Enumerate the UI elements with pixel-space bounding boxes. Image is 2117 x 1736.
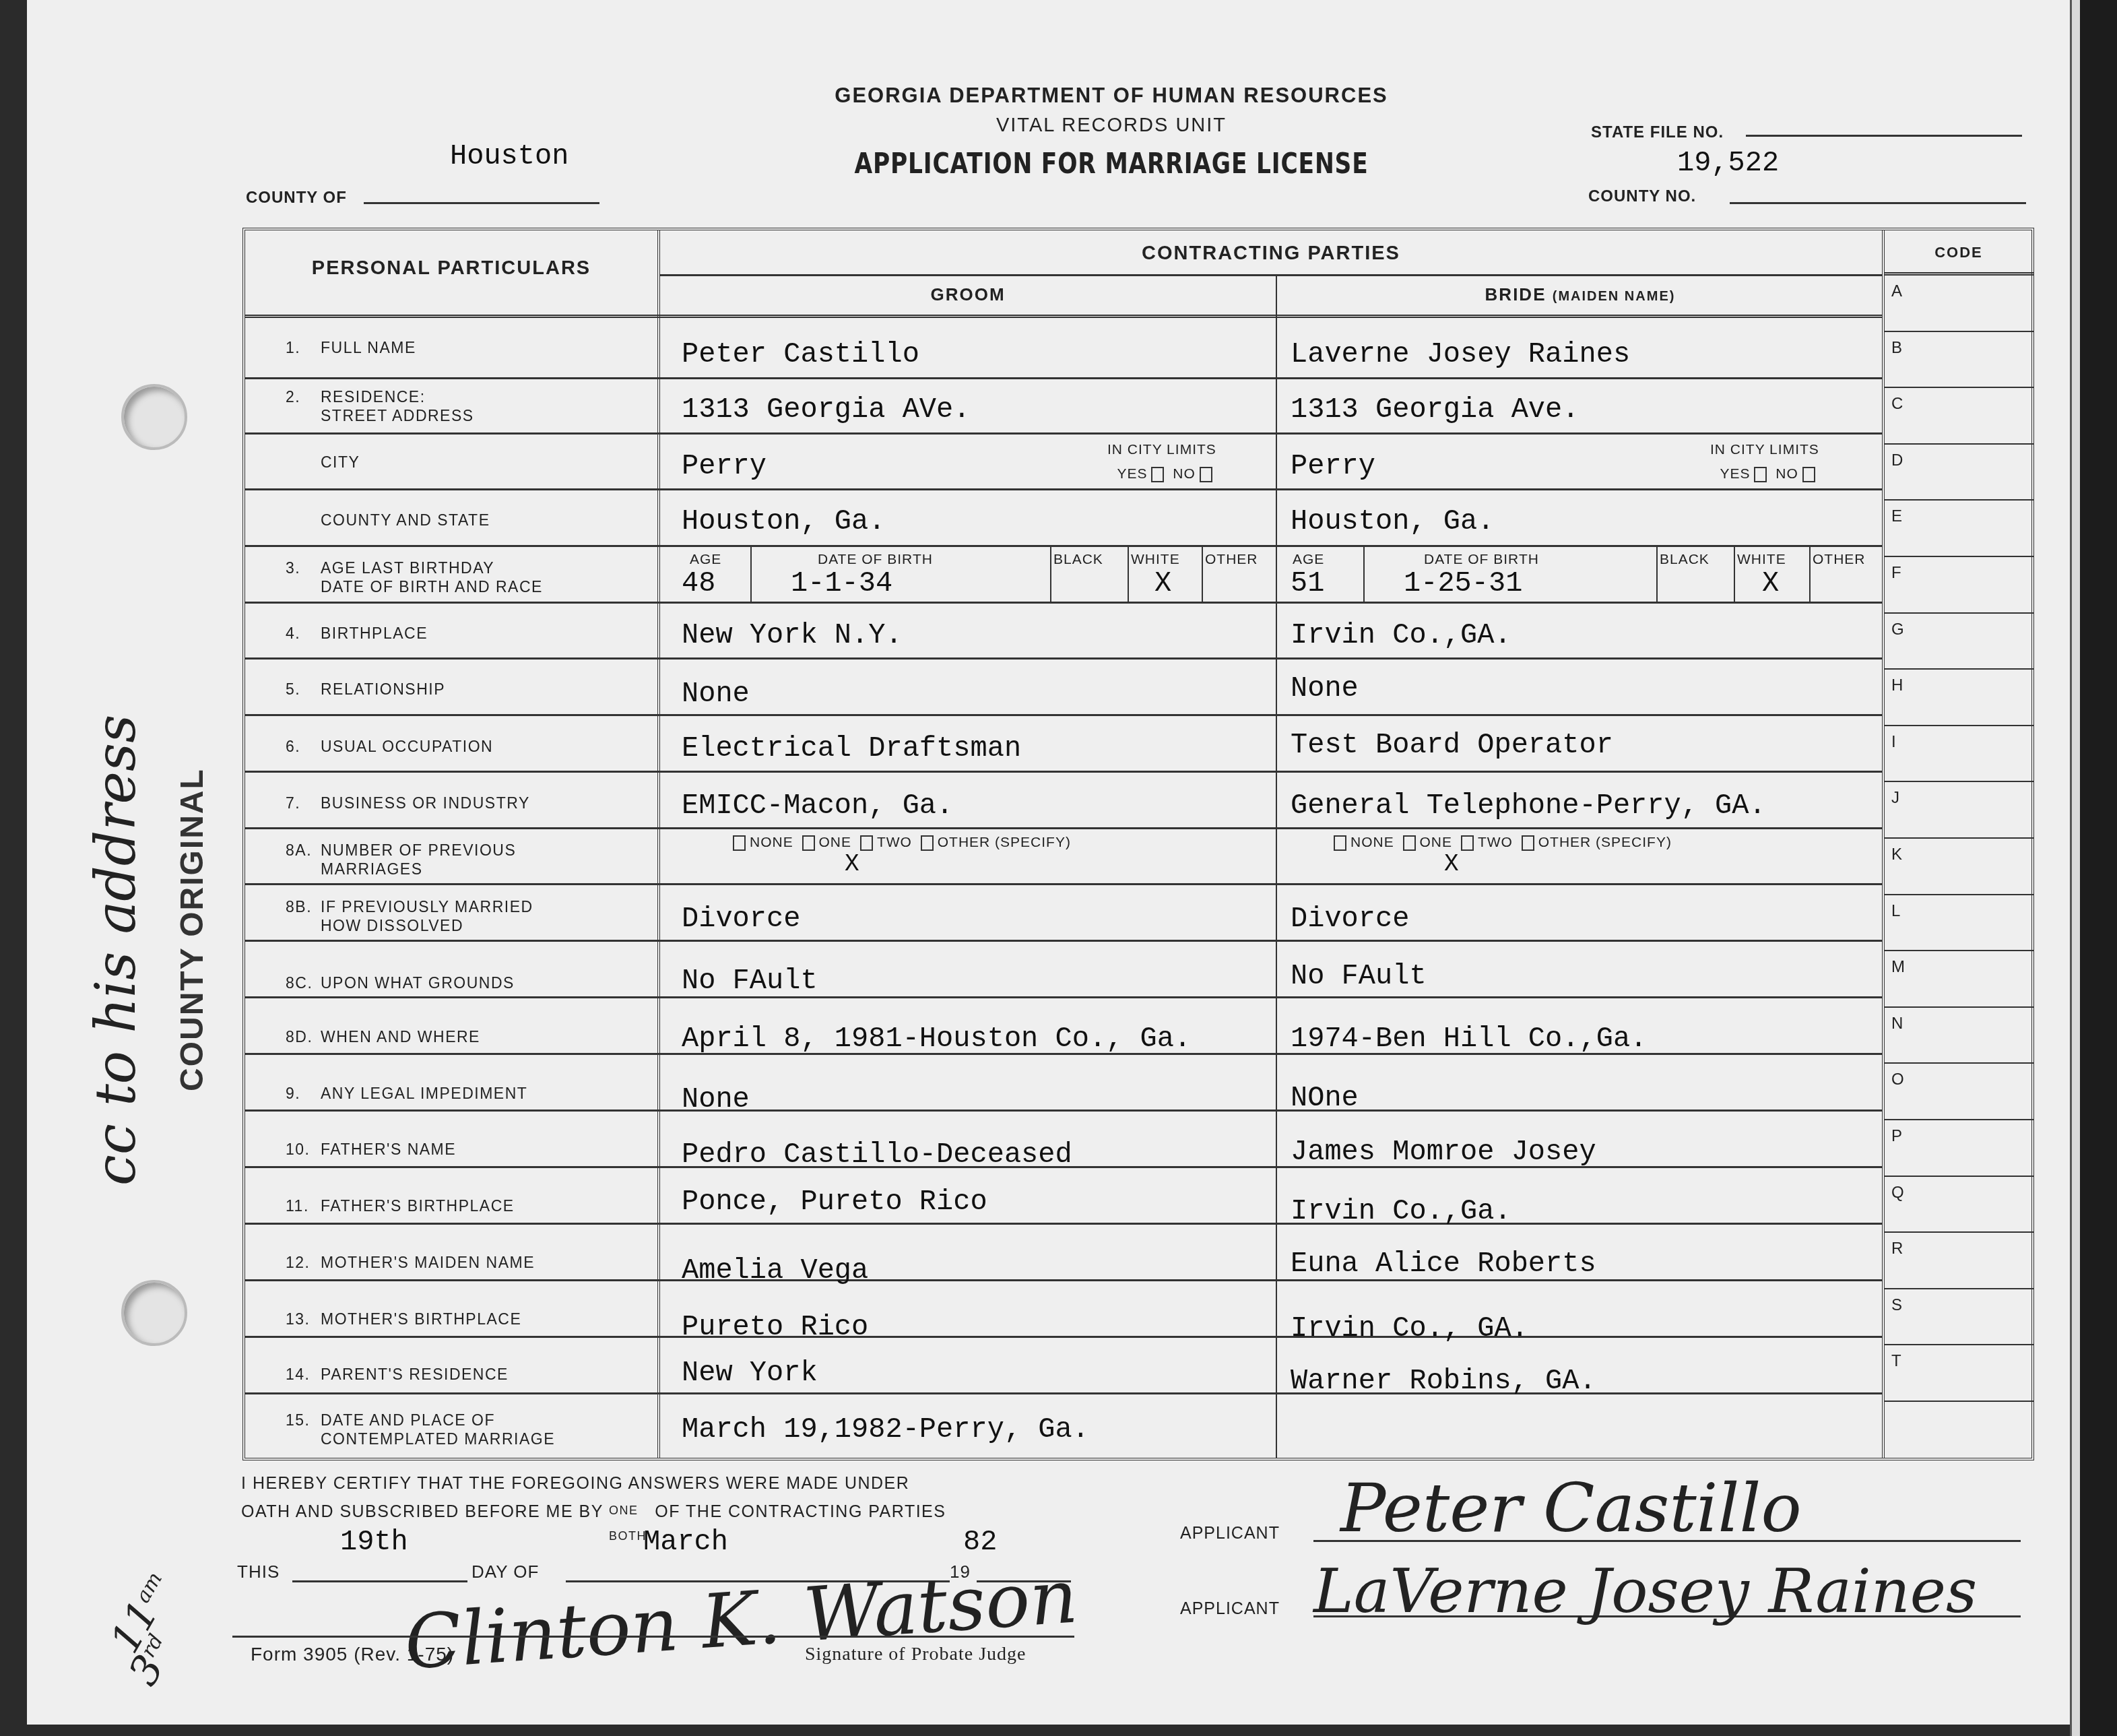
code-row: J: [1885, 782, 2034, 839]
groom-city[interactable]: Perry: [682, 450, 767, 482]
row-line: [245, 1336, 1882, 1338]
label-city: CITY: [286, 453, 360, 472]
code-letter: I: [1891, 733, 1896, 752]
bride-how-dissolved[interactable]: Divorce: [1291, 903, 1409, 935]
label-occupation: 6.USUAL OCCUPATION: [286, 737, 493, 756]
bride-white-label: WHITE: [1737, 552, 1786, 568]
bride-county-state[interactable]: Houston, Ga.: [1291, 505, 1494, 538]
form-title: APPLICATION FOR MARRIAGE LICENSE: [780, 147, 1443, 180]
label-mother-birthplace: 13.MOTHER'S BIRTHPLACE: [286, 1310, 521, 1328]
label-relationship: 5.RELATIONSHIP: [286, 680, 445, 699]
divider-labels: [657, 230, 660, 1458]
groom-occupation[interactable]: Electrical Draftsman: [682, 732, 1021, 765]
groom-black-label: BLACK: [1053, 552, 1103, 568]
bride-grounds[interactable]: No FAult: [1291, 960, 1427, 992]
groom-county-state[interactable]: Houston, Ga.: [682, 505, 885, 538]
county-of-value[interactable]: Houston: [450, 140, 568, 172]
groom-full-name[interactable]: Peter Castillo: [682, 338, 919, 371]
code-letter: T: [1891, 1352, 1901, 1371]
code-letter: J: [1891, 789, 1899, 808]
groom-city-no-checkbox[interactable]: [1200, 467, 1212, 482]
page-edge: [2070, 0, 2080, 1736]
county-of-label: COUNTY OF: [246, 189, 347, 207]
label-how-dissolved: 8B.IF PREVIOUSLY MARRIEDHOW DISSOLVED: [286, 897, 533, 935]
code-letter: C: [1891, 395, 1903, 414]
bride-father-birthplace[interactable]: Irvin Co.,Ga.: [1291, 1195, 1511, 1227]
code-letter: N: [1891, 1015, 1903, 1033]
code-letter: D: [1891, 451, 1903, 470]
bride-occupation[interactable]: Test Board Operator: [1291, 729, 1613, 761]
state-file-no-label: STATE FILE NO.: [1591, 123, 1724, 142]
bride-black-divider: [1734, 545, 1735, 602]
code-row: F: [1885, 557, 2034, 614]
label-legal-impediment: 9.ANY LEGAL IMPEDIMENT: [286, 1084, 527, 1103]
label-prev-marriages: 8A.NUMBER OF PREVIOUSMARRIAGES: [286, 841, 516, 878]
bride-when-where[interactable]: 1974-Ben Hill Co.,Ga.: [1291, 1023, 1647, 1055]
county-of-line: [364, 202, 599, 204]
row-line: [245, 1223, 1882, 1225]
groom-other-checkbox[interactable]: [921, 835, 934, 851]
certify-year-value[interactable]: 82: [963, 1526, 997, 1558]
bride-none-checkbox[interactable]: [1334, 835, 1346, 851]
groom-how-dissolved[interactable]: Divorce: [682, 903, 800, 935]
row-line: [245, 996, 1882, 998]
groom-business[interactable]: EMICC-Macon, Ga.: [682, 790, 953, 822]
code-letter: L: [1891, 902, 1900, 921]
bride-full-name[interactable]: Laverne Josey Raines: [1291, 338, 1630, 371]
groom-black-divider: [1128, 545, 1129, 602]
county-no-label: COUNTY NO.: [1588, 187, 1696, 206]
bride-age-label: AGE: [1293, 552, 1324, 568]
groom-white-label: WHITE: [1131, 552, 1180, 568]
label-father-birthplace: 11.FATHER'S BIRTHPLACE: [286, 1196, 515, 1215]
certify-line2: OATH AND SUBSCRIBED BEFORE ME BY ONE BOT…: [241, 1502, 946, 1522]
bride-dob[interactable]: 1-25-31: [1404, 567, 1522, 600]
bride-signature[interactable]: LaVerne Josey Raines: [1313, 1556, 1977, 1627]
groom-when-where[interactable]: April 8, 1981-Houston Co., Ga.: [682, 1023, 1191, 1055]
row-line: [245, 771, 1882, 773]
county-no-line: [1730, 202, 2026, 204]
groom-white-divider: [1202, 545, 1203, 602]
bride-street[interactable]: 1313 Georgia Ave.: [1291, 393, 1579, 426]
groom-father-name[interactable]: Pedro Castillo-Deceased: [682, 1138, 1072, 1171]
row-line: [245, 883, 1882, 885]
groom-street[interactable]: 1313 Georgia AVe.: [682, 393, 970, 426]
groom-dob[interactable]: 1-1-34: [791, 567, 892, 600]
day-line: [292, 1580, 467, 1582]
groom-one-checkbox[interactable]: [802, 835, 815, 851]
groom-mother-maiden-name[interactable]: Amelia Vega: [682, 1254, 868, 1287]
code-row: D: [1885, 445, 2034, 501]
bride-other-checkbox[interactable]: [1522, 835, 1534, 851]
bride-dob-divider: [1656, 545, 1658, 602]
bride-age[interactable]: 51: [1291, 567, 1324, 600]
code-letter: B: [1891, 339, 1902, 358]
certify-month-value[interactable]: March: [643, 1526, 728, 1558]
code-row: I: [1885, 726, 2034, 783]
code-row: Q: [1885, 1177, 2034, 1233]
groom-race-mark[interactable]: X: [1154, 567, 1171, 600]
code-row: K: [1885, 839, 2034, 895]
code-letter: S: [1891, 1296, 1902, 1315]
groom-signature[interactable]: Peter Castillo: [1340, 1469, 1802, 1547]
label-father-name: 10.FATHER'S NAME: [286, 1140, 456, 1159]
row-line: [245, 602, 1882, 604]
bride-city-limits: IN CITY LIMITS YES NO: [1710, 438, 1819, 486]
groom-city-limits: IN CITY LIMITS YES NO: [1107, 438, 1216, 486]
groom-parent-residence[interactable]: New York: [682, 1357, 818, 1389]
bride-parent-residence[interactable]: Warner Robins, GA.: [1291, 1365, 1596, 1397]
code-row: A: [1885, 276, 2034, 332]
code-row: N: [1885, 1008, 2034, 1064]
code-row: L: [1885, 895, 2034, 952]
code-row: E: [1885, 501, 2034, 557]
binder-hole-bottom: [121, 1280, 187, 1346]
bride-other-label: OTHER: [1813, 552, 1866, 568]
code-letter: A: [1891, 282, 1902, 301]
form-number: Form 3905 (Rev. 1-75): [251, 1644, 454, 1665]
form-table: PERSONAL PARTICULARS CONTRACTING PARTIES…: [242, 228, 2034, 1460]
row-line: [245, 940, 1882, 942]
bride-age-divider: [1363, 545, 1365, 602]
bride-father-name[interactable]: James Momroe Josey: [1291, 1136, 1596, 1168]
groom-age-divider: [750, 545, 752, 602]
county-original-stamp: COUNTY ORIGINAL: [174, 768, 211, 1091]
hdr-underline: [660, 274, 1882, 276]
bride-city-yes-checkbox[interactable]: [1754, 467, 1767, 482]
bride-relationship[interactable]: None: [1291, 672, 1359, 705]
col-code: CODE: [1885, 244, 2033, 261]
row-line: [245, 1392, 1882, 1394]
groom-contemplated-marriage[interactable]: March 19,1982-Perry, Ga.: [682, 1413, 1089, 1446]
groom-relationship[interactable]: None: [682, 678, 750, 710]
bride-black-label: BLACK: [1660, 552, 1709, 568]
bride-two-checkbox[interactable]: [1461, 835, 1474, 851]
code-row: S: [1885, 1289, 2034, 1346]
code-row: C: [1885, 388, 2034, 445]
col-personal-particulars: PERSONAL PARTICULARS: [245, 257, 657, 280]
groom-birthplace[interactable]: New York N.Y.: [682, 619, 903, 651]
this-label: THIS: [237, 1562, 280, 1582]
certify-day-value[interactable]: 19th: [340, 1526, 408, 1558]
label-contemplated-marriage: 15.DATE AND PLACE OFCONTEMPLATED MARRIAG…: [286, 1411, 555, 1448]
code-letter: F: [1891, 564, 1901, 583]
day-of-label: DAY OF: [471, 1562, 539, 1582]
groom-age-label: AGE: [690, 552, 721, 568]
applicant-label-1: APPLICANT: [1180, 1524, 1280, 1543]
label-grounds: 8C.UPON WHAT GROUNDS: [286, 973, 515, 992]
groom-two-checkbox[interactable]: [860, 835, 873, 851]
bride-city-no-checkbox[interactable]: [1802, 467, 1815, 482]
bride-one-checkbox[interactable]: [1403, 835, 1416, 851]
label-birthplace: 4.BIRTHPLACE: [286, 624, 428, 643]
col-groom: GROOM: [660, 284, 1276, 305]
code-row: M: [1885, 951, 2034, 1008]
bride-business[interactable]: General Telephone-Perry, GA.: [1291, 790, 1766, 822]
code-row: B: [1885, 332, 2034, 389]
certify-line1: I HEREBY CERTIFY THAT THE FOREGOING ANSW…: [241, 1474, 909, 1493]
groom-city-yes-checkbox[interactable]: [1151, 467, 1164, 482]
bride-mother-maiden-name[interactable]: Euna Alice Roberts: [1291, 1248, 1596, 1280]
handwritten-note: cc to his address: [84, 715, 148, 1186]
code-letter: P: [1891, 1127, 1902, 1146]
row-line: [245, 432, 1882, 435]
bride-race-mark[interactable]: X: [1762, 567, 1779, 600]
header-bottom: [245, 315, 1882, 318]
code-row: H: [1885, 670, 2034, 726]
state-file-no-value[interactable]: 19,522: [1677, 147, 1779, 179]
code-row: R: [1885, 1233, 2034, 1289]
groom-prev-marriage-options: NONE ONE TWO OTHER (SPECIFY): [729, 835, 1071, 851]
row-line: [245, 1110, 1882, 1112]
label-residence: 2.RESIDENCE:STREET ADDRESS: [286, 387, 474, 425]
code-row: T: [1885, 1345, 2034, 1402]
judge-signature-label: Signature of Probate Judge: [805, 1644, 1027, 1665]
label-mother-maiden-name: 12.MOTHER'S MAIDEN NAME: [286, 1253, 535, 1272]
row-line: [245, 488, 1882, 490]
department-name: GEORGIA DEPARTMENT OF HUMAN RESOURCES: [707, 84, 1516, 108]
code-row: O: [1885, 1064, 2034, 1120]
groom-father-birthplace[interactable]: Ponce, Pureto Rico: [682, 1186, 987, 1218]
groom-prev-marriage-mark[interactable]: X: [845, 850, 859, 878]
bride-mother-birthplace[interactable]: Irvin Co., GA.: [1291, 1312, 1528, 1345]
code-letter: Q: [1891, 1184, 1904, 1202]
code-letter: E: [1891, 507, 1902, 526]
groom-other-label: OTHER: [1205, 552, 1258, 568]
code-letter: O: [1891, 1070, 1904, 1089]
row-line: [245, 545, 1882, 547]
groom-age[interactable]: 48: [682, 567, 715, 600]
row-line: [245, 827, 1882, 829]
judge-signature-line: [232, 1636, 1074, 1638]
code-letter: K: [1891, 845, 1902, 864]
code-letter: G: [1891, 620, 1904, 639]
unit-name: VITAL RECORDS UNIT: [707, 115, 1516, 137]
binder-hole-top: [121, 384, 187, 450]
label-when-where: 8D.WHEN AND WHERE: [286, 1027, 480, 1046]
row-line: [245, 657, 1882, 660]
groom-grounds[interactable]: No FAult: [682, 965, 818, 997]
row-line: [245, 1279, 1882, 1281]
groom-dob-divider: [1050, 545, 1051, 602]
groom-mother-birthplace[interactable]: Pureto Rico: [682, 1311, 868, 1343]
label-county-state: COUNTY AND STATE: [286, 511, 490, 529]
groom-none-checkbox[interactable]: [733, 835, 746, 851]
col-bride: BRIDE (MAIDEN NAME): [1278, 284, 1882, 305]
code-row: G: [1885, 614, 2034, 670]
bride-birthplace[interactable]: Irvin Co.,GA.: [1291, 619, 1511, 651]
bride-prev-marriage-options: NONE ONE TWO OTHER (SPECIFY): [1330, 835, 1672, 851]
code-row: P: [1885, 1120, 2034, 1177]
label-parent-residence: 14.PARENT'S RESIDENCE: [286, 1365, 509, 1384]
groom-legal-impediment[interactable]: None: [682, 1083, 750, 1116]
bride-city[interactable]: Perry: [1291, 450, 1375, 482]
row-line: [245, 377, 1882, 379]
code-letter: M: [1891, 958, 1905, 977]
col-contracting-parties: CONTRACTING PARTIES: [660, 243, 1882, 265]
bride-dob-label: DATE OF BIRTH: [1424, 552, 1539, 568]
label-full-name: 1.FULL NAME: [286, 338, 416, 357]
label-age-dob-race: 3.AGE LAST BIRTHDAYDATE OF BIRTH AND RAC…: [286, 558, 543, 596]
scan-border: [2080, 0, 2117, 1736]
code-letter: R: [1891, 1240, 1903, 1258]
groom-dob-label: DATE OF BIRTH: [818, 552, 933, 568]
bride-prev-marriage-mark[interactable]: X: [1444, 850, 1459, 878]
label-business: 7.BUSINESS OR INDUSTRY: [286, 794, 530, 812]
bride-legal-impediment[interactable]: NOne: [1291, 1082, 1359, 1114]
state-file-no-line: [1746, 135, 2022, 137]
applicant-label-2: APPLICANT: [1180, 1599, 1280, 1619]
code-letter: H: [1891, 676, 1903, 695]
row-line: [245, 714, 1882, 716]
bride-white-divider: [1809, 545, 1811, 602]
